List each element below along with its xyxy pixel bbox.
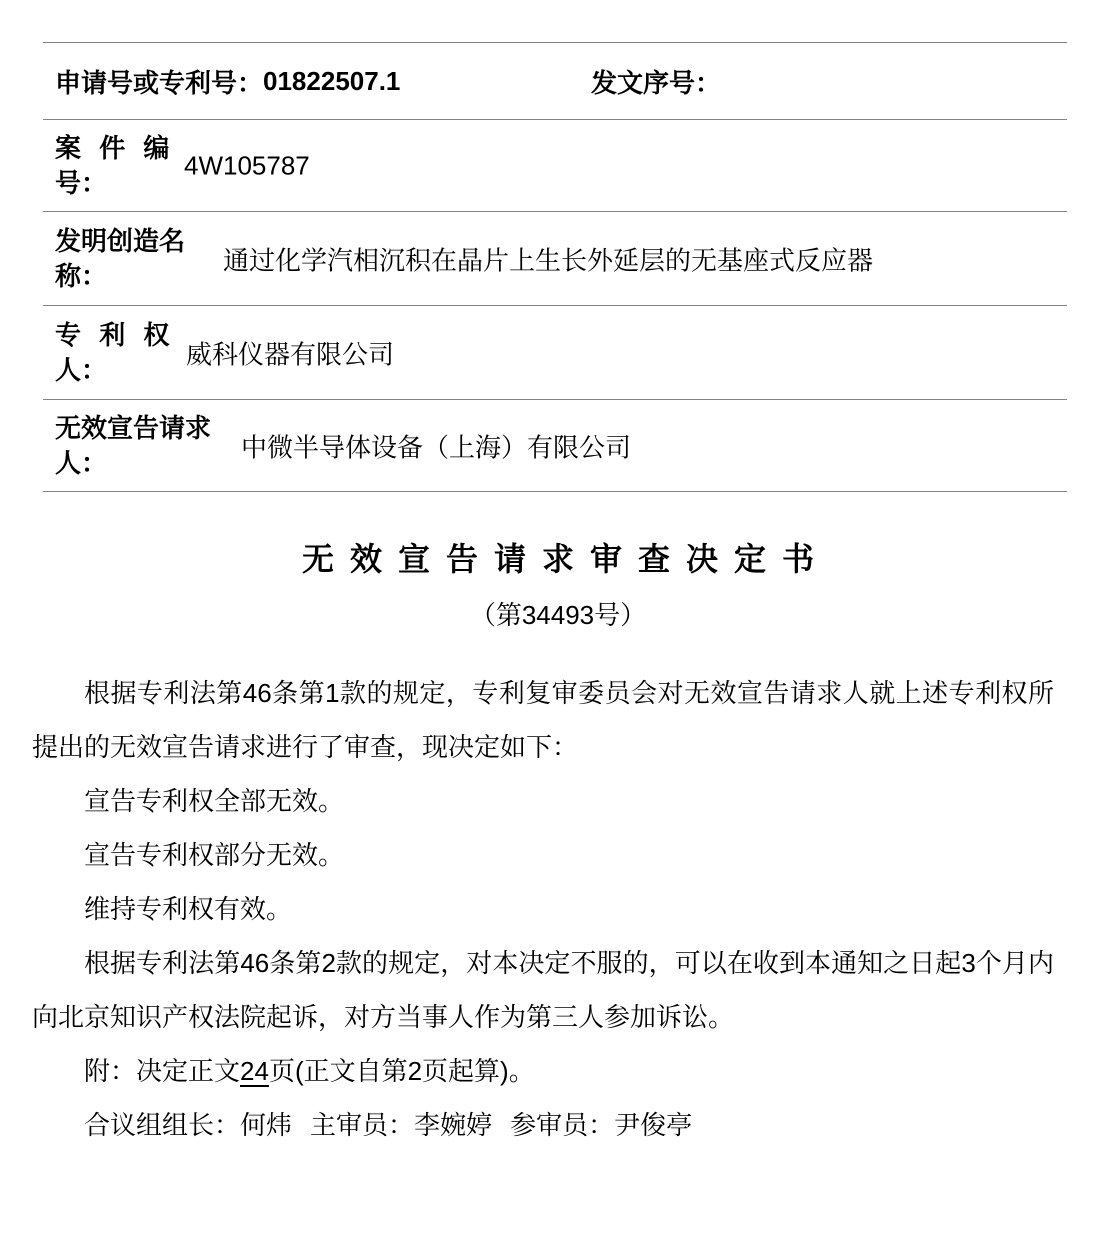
panel-chief-examiner: 主审员：李婉婷	[310, 1110, 492, 1140]
option-maintain-valid: 维持专利权有效。	[32, 882, 1054, 936]
panel-member-name: 尹俊亭	[614, 1110, 692, 1140]
attachment-prefix: 附：决定正文	[84, 1056, 240, 1086]
petitioner-row: 无效宣告请求 人： 中微半导体设备（上海）有限公司	[43, 399, 1067, 491]
invention-name-label: 发明创造名 称：	[43, 224, 218, 294]
paragraph-appeal-rights: 根据专利法第46条第2款的规定，对本决定不服的，可以在收到本通知之日起3个月内向…	[32, 936, 1054, 1044]
patentee-value: 威科仪器有限公司	[186, 334, 394, 371]
panel-chief-examiner-name: 李婉婷	[414, 1110, 492, 1140]
application-number-label: 申请号或专利号：	[55, 63, 263, 100]
panel-chief-examiner-label: 主审员：	[310, 1110, 414, 1140]
invention-name-row: 发明创造名 称： 通过化学汽相沉积在晶片上生长外延层的无基座式反应器	[43, 211, 1067, 305]
petitioner-label: 无效宣告请求 人：	[43, 411, 218, 481]
patentee-row: 专利权 人： 威科仪器有限公司	[43, 305, 1067, 399]
patent-decision-document: 申请号或专利号： 01822507.1 发文序号： 案件编 号： 4W10578…	[0, 42, 1116, 1152]
option-partial-invalid: 宣告专利权部分无效。	[32, 828, 1054, 882]
petitioner-label-line2: 人：	[55, 446, 218, 481]
decision-body: 根据专利法第46条第1款的规定，专利复审委员会对无效宣告请求人就上述专利权所提出…	[32, 666, 1054, 1152]
panel-members-line: 合议组组长：何炜主审员：李婉婷参审员：尹俊亭	[32, 1098, 1054, 1152]
header-table: 申请号或专利号： 01822507.1 发文序号： 案件编 号： 4W10578…	[43, 42, 1067, 492]
case-number-value: 4W105787	[184, 150, 310, 181]
decision-number: （第34493号）	[0, 595, 1116, 632]
invention-name-value: 通过化学汽相沉积在晶片上生长外延层的无基座式反应器	[223, 240, 873, 277]
panel-leader-name: 何炜	[240, 1110, 292, 1140]
invention-name-label-line2: 称：	[55, 259, 218, 294]
paragraph-legal-basis: 根据专利法第46条第1款的规定，专利复审委员会对无效宣告请求人就上述专利权所提出…	[32, 666, 1054, 774]
invention-name-label-line1: 发明创造名	[55, 224, 218, 259]
panel-leader-label: 合议组组长：	[84, 1110, 240, 1140]
panel-member-label: 参审员：	[510, 1110, 614, 1140]
application-number-value: 01822507.1	[263, 66, 400, 97]
decision-title: 无效宣告请求审查决定书	[0, 534, 1116, 580]
petitioner-label-line1: 无效宣告请求	[55, 411, 218, 446]
case-number-row: 案件编 号： 4W105787	[43, 119, 1067, 211]
option-full-invalid: 宣告专利权全部无效。	[32, 774, 1054, 828]
issue-number-label: 发文序号：	[591, 63, 721, 100]
attachment-page-count: 24	[240, 1056, 269, 1086]
panel-leader: 合议组组长：何炜	[84, 1110, 292, 1140]
petitioner-value: 中微半导体设备（上海）有限公司	[241, 427, 631, 464]
panel-member: 参审员：尹俊亭	[510, 1110, 692, 1140]
application-number-row: 申请号或专利号： 01822507.1 发文序号：	[43, 42, 1067, 119]
attachment-suffix: 页(正文自第2页起算)。	[269, 1056, 535, 1086]
attachment-note: 附：决定正文24页(正文自第2页起算)。	[32, 1044, 1054, 1098]
